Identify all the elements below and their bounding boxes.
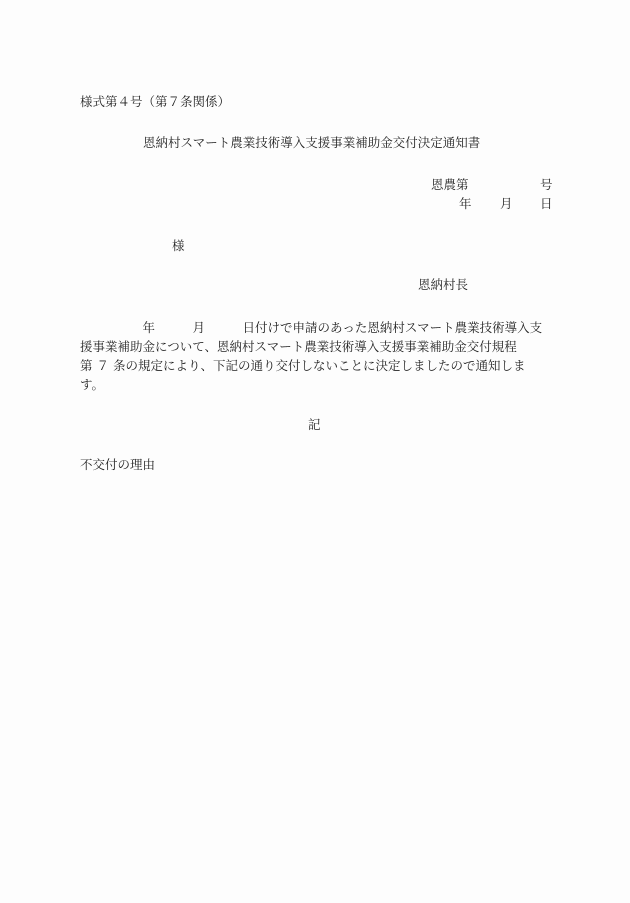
body-line: す。: [80, 375, 552, 394]
non-grant-reason-label: 不交付の理由: [80, 459, 155, 472]
body-paragraph: 年 月 日付けで申請のあった恩納村スマート農業技術導入支 援事業補助金について、…: [80, 318, 552, 394]
body-line: 援事業補助金について、恩納村スマート農業技術導入支援事業補助金交付規程: [80, 337, 552, 356]
reference-number-prefix: 恩農第: [431, 179, 469, 192]
ki-heading: 記: [308, 419, 321, 432]
form-number: 様式第４号（第７条関係）: [80, 96, 230, 109]
date-day-label: 日: [540, 198, 553, 211]
body-line: 年 月 日付けで申請のあった恩納村スマート農業技術導入支: [80, 318, 552, 337]
date-year-label: 年: [459, 198, 472, 211]
body-line: 第 ７ 条の規定により、下記の通り交付しないことに決定しましたので通知しま: [80, 356, 552, 375]
issuer-name: 恩納村長: [418, 279, 468, 292]
reference-number-suffix: 号: [540, 179, 553, 192]
recipient-honorific: 様: [172, 240, 185, 253]
document-title: 恩納村スマート農業技術導入支援事業補助金交付決定通知書: [143, 137, 480, 150]
date-month-label: 月: [500, 198, 513, 211]
